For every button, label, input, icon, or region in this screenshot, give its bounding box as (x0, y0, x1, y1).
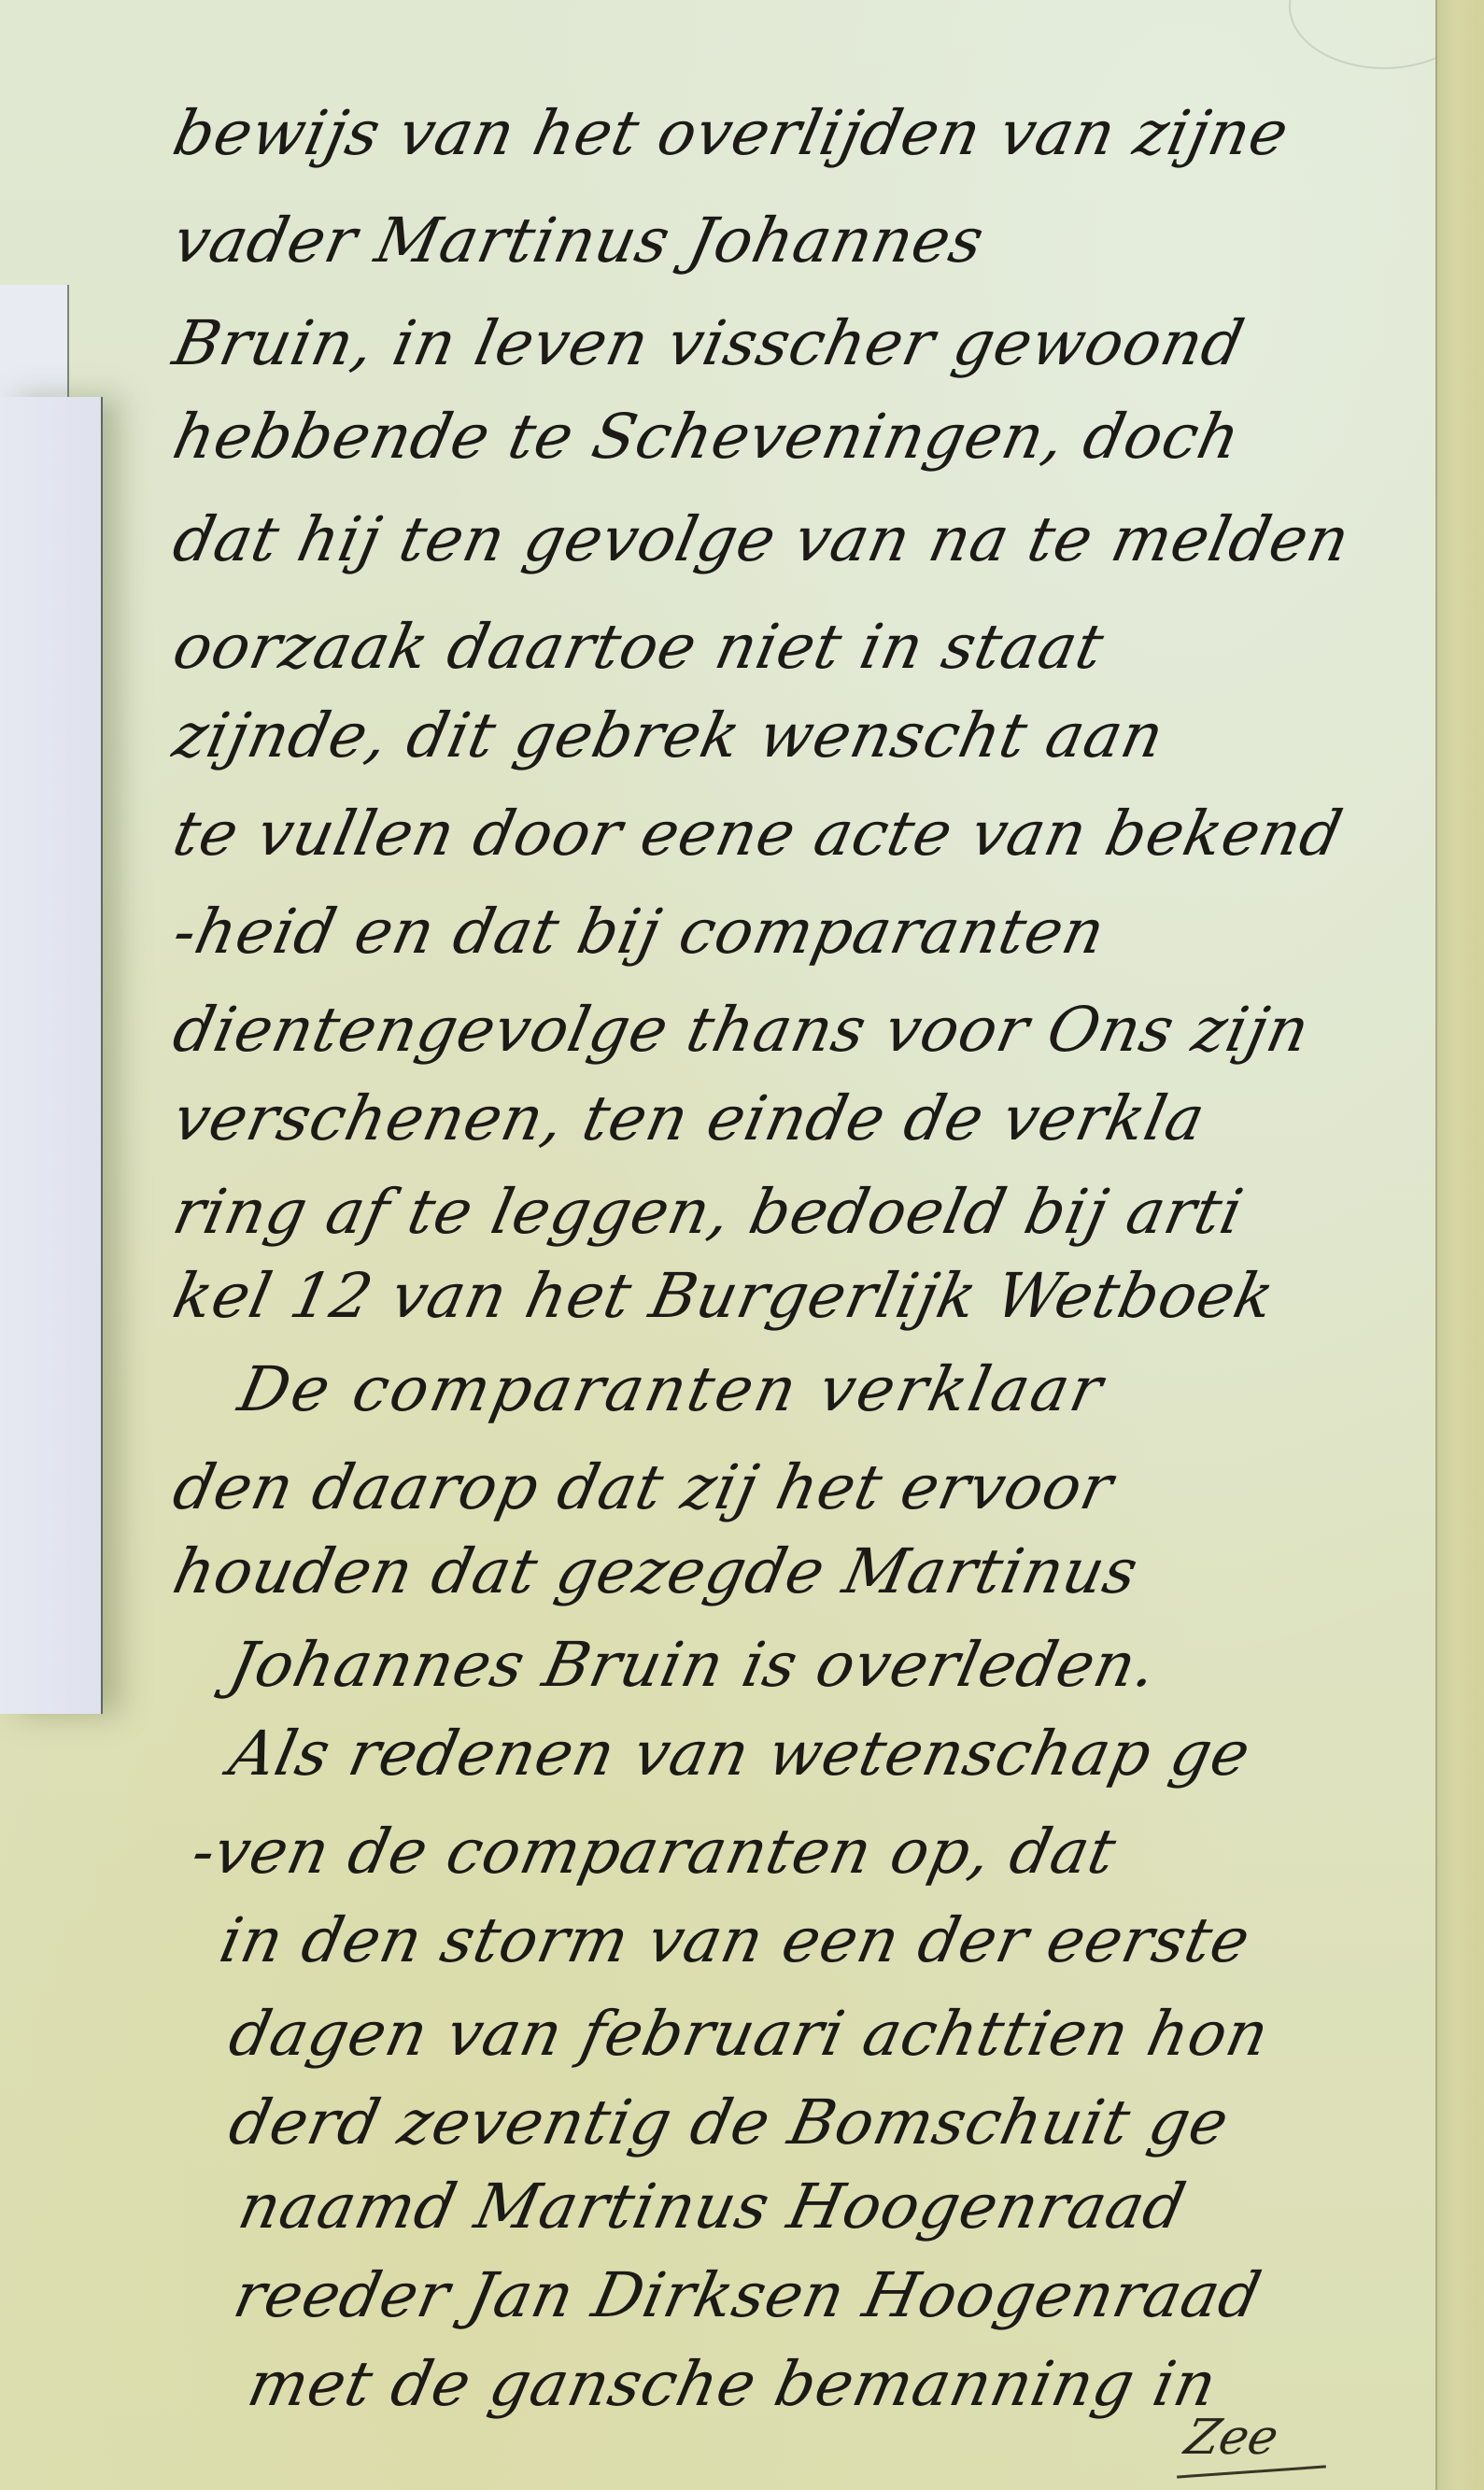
text-line: dagen van februari achttien hon (224, 2003, 1484, 2065)
text-line: naamd Martinus Hoogenraad (233, 2176, 1484, 2238)
text-line: Als redenen van wetenschap ge (224, 1723, 1484, 1785)
text-line: ring af te leggen, bedoeld bij arti (168, 1181, 1470, 1243)
text-line: reeder Jan Dirksen Hoogenraad (229, 2265, 1484, 2327)
paper-slip-marker (0, 397, 103, 1714)
text-line: zijnde, dit gebrek wenscht aan (168, 705, 1470, 767)
text-line: Bruin, in leven visscher gewoond (168, 313, 1470, 375)
text-line: den daarop dat zij het ervoor (168, 1457, 1470, 1519)
text-line: kel 12 van het Burgerlijk Wetboek (168, 1266, 1470, 1327)
text-line: oorzaak daartoe niet in staat (168, 616, 1470, 678)
text-line: dientengevolge thans voor Ons zijn (168, 999, 1470, 1061)
text-line: -ven de comparanten op, dat (187, 1821, 1484, 1883)
text-line: dat hij ten gevolge van na te melden (168, 509, 1470, 571)
catchword-underline (1177, 2465, 1326, 2478)
text-line: De comparanten verklaar (233, 1359, 1484, 1421)
text-line: in den storm van een der eerste (215, 1910, 1484, 1972)
text-line: derd zeventig de Bomschuit ge (224, 2092, 1484, 2154)
text-line: houden dat gezegde Martinus (168, 1541, 1470, 1603)
text-line: bewijs van het overlijden van zijne (168, 103, 1470, 164)
text-line: verschenen, ten einde de verkla (168, 1088, 1470, 1150)
document-page: bewijs van het overlijden van zijne vade… (0, 0, 1484, 2490)
text-line: Johannes Bruin is overleden. (224, 1634, 1484, 1696)
text-line: hebbende te Scheveningen, doch (168, 406, 1470, 468)
text-line: -heid en dat bij comparanten (168, 901, 1470, 963)
catchword: Zee (1180, 2410, 1283, 2466)
text-line: te vullen door eene acte van bekend (168, 803, 1470, 865)
text-line: met de gansche bemanning in (243, 2354, 1484, 2415)
text-line: vader Martinus Johannes (168, 210, 1470, 272)
